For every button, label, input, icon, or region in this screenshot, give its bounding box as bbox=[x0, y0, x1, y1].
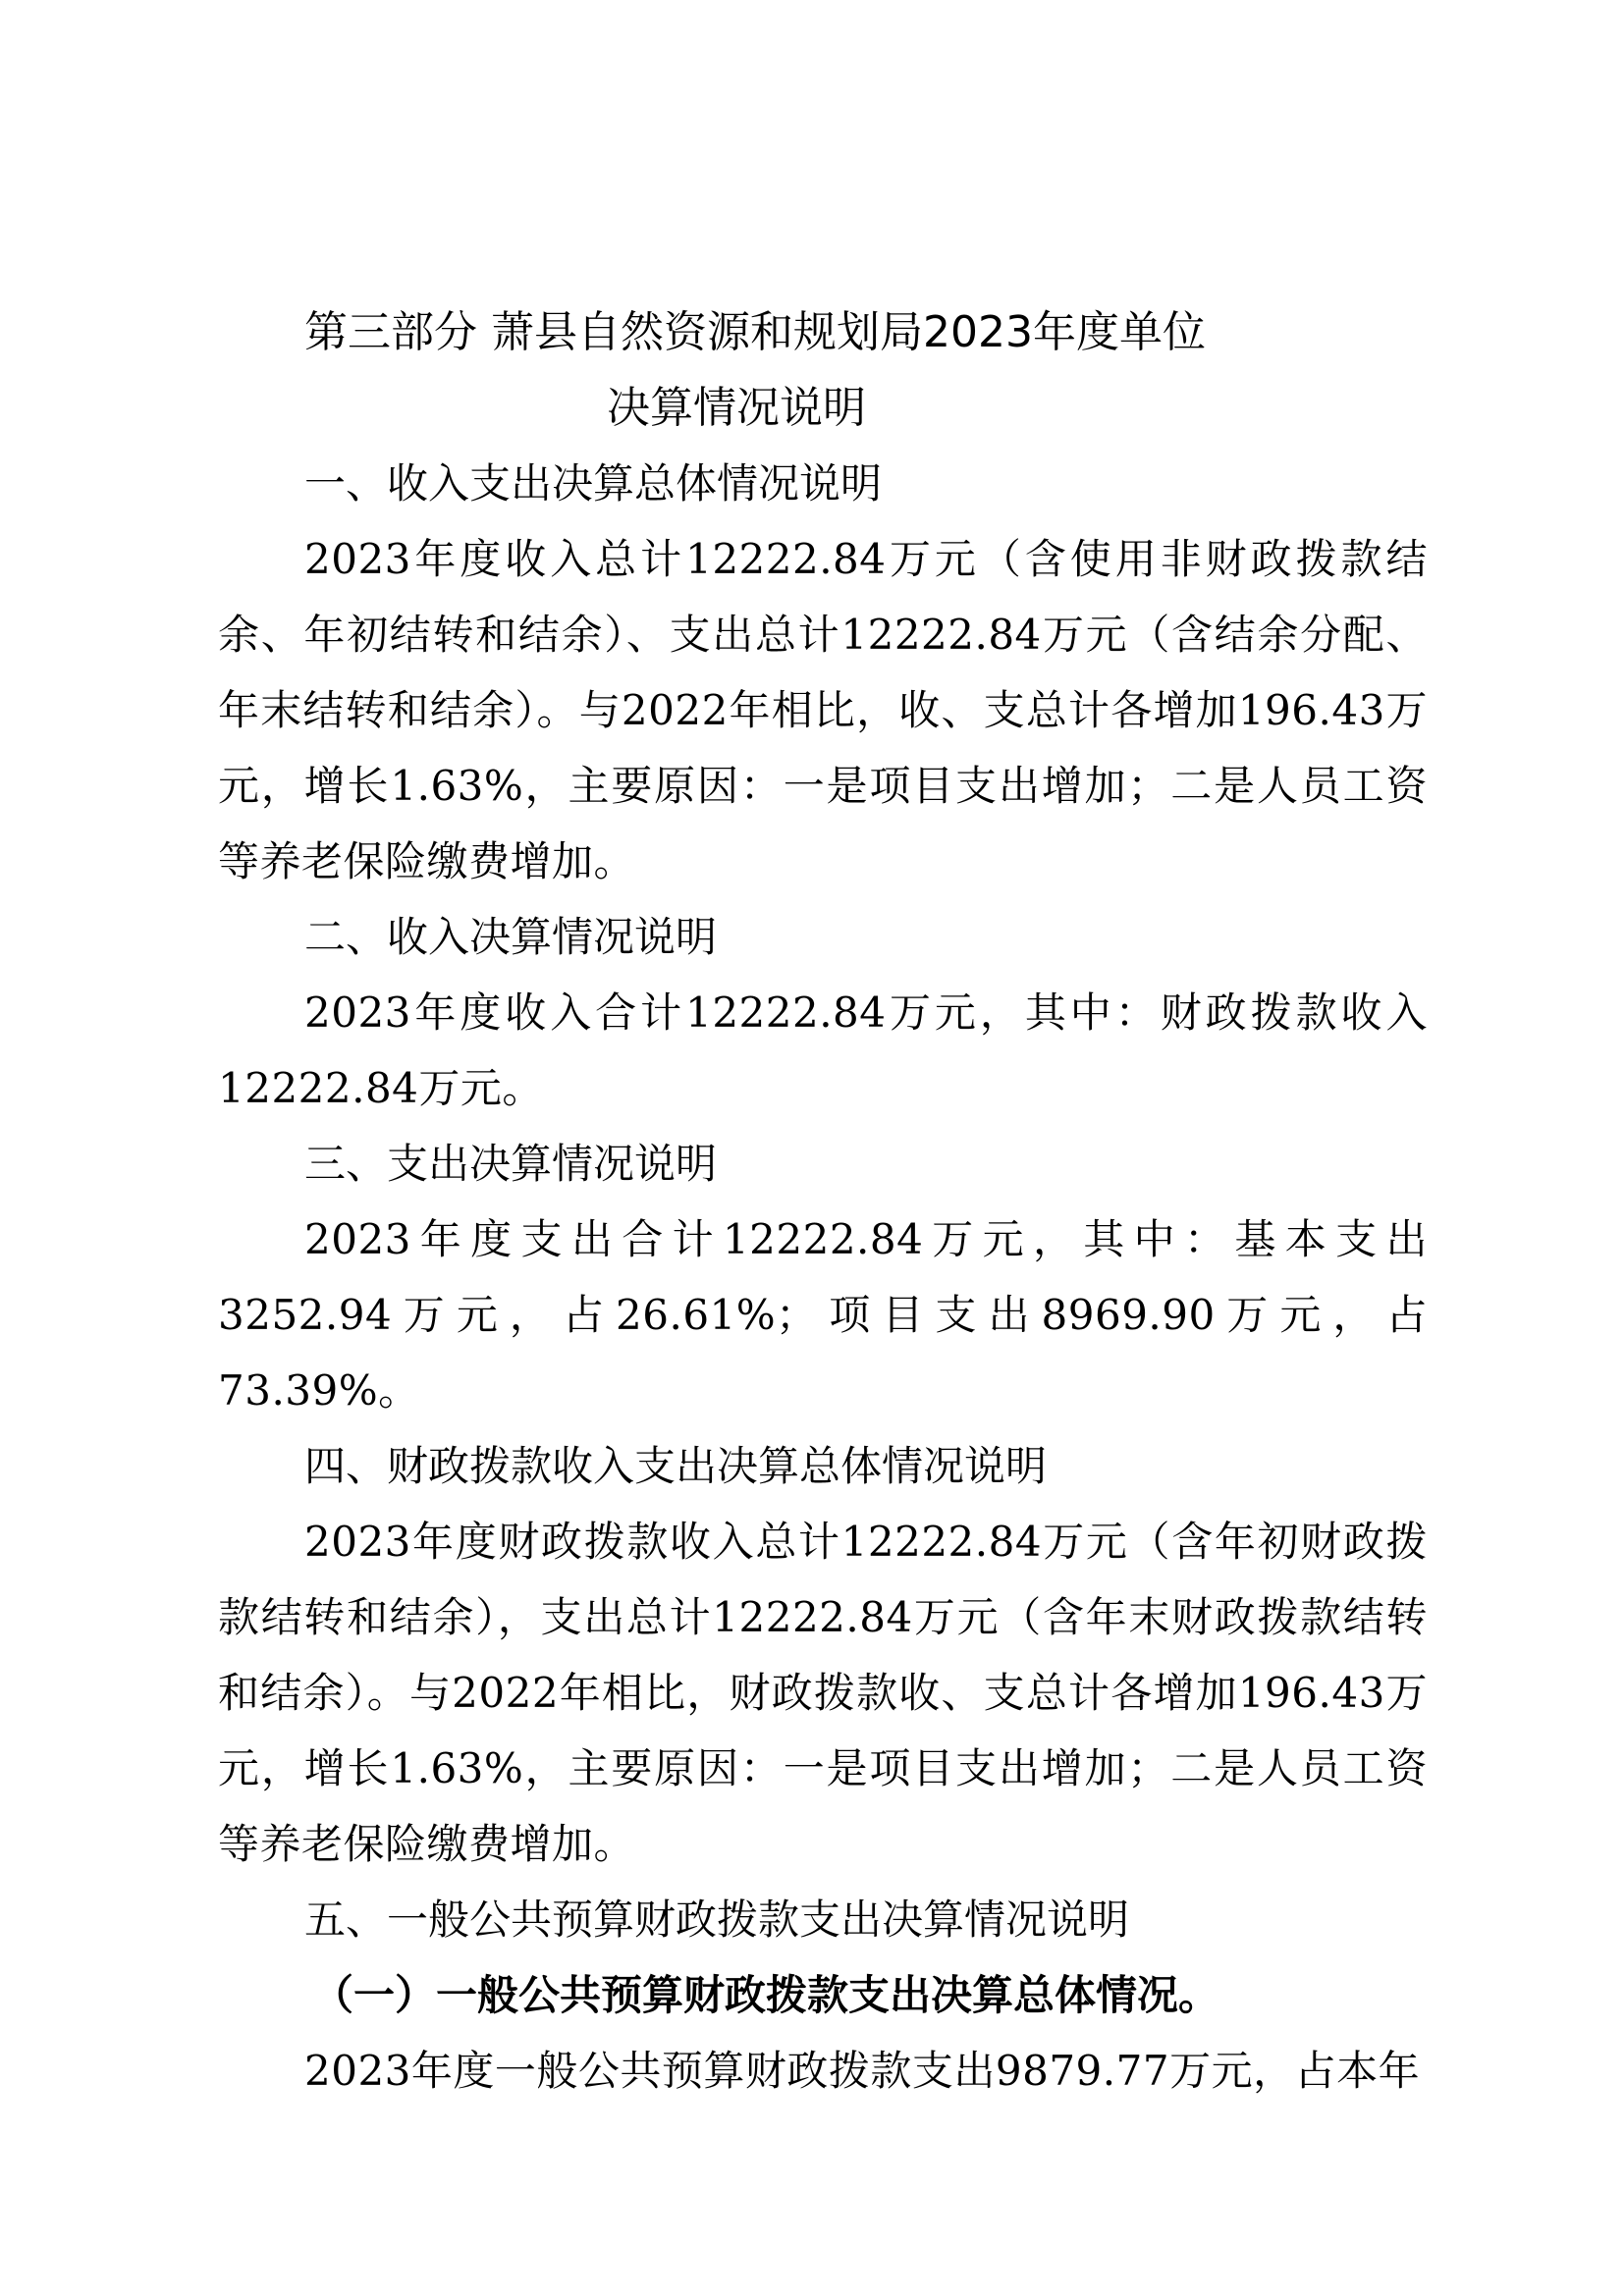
document-content: 第三部分 萧县自然资源和规划局2023年度单位 决算情况说明 一、收入支出决算总… bbox=[218, 294, 1428, 2109]
document-title-line-2: 决算情况说明 bbox=[218, 370, 1428, 446]
section-body-2: 2023年度收入合计12222.84万元，其中：财政拨款收入12222.84万元… bbox=[218, 975, 1428, 1126]
section-body-1: 2023年度收入总计12222.84万元（含使用非财政拨款结余、年初结转和结余）… bbox=[218, 521, 1428, 899]
section-heading-2: 二、收入决算情况说明 bbox=[218, 899, 1428, 975]
section-heading-3: 三、支出决算情况说明 bbox=[218, 1126, 1428, 1201]
section-heading-1: 一、收入支出决算总体情况说明 bbox=[218, 446, 1428, 521]
section-body-5: 2023年度一般公共预算财政拨款支出9879.77万元，占本年 bbox=[218, 2033, 1428, 2109]
section-heading-4: 四、财政拨款收入支出决算总体情况说明 bbox=[218, 1428, 1428, 1504]
section-subheading-5-1: （一）一般公共预算财政拨款支出决算总体情况。 bbox=[218, 1957, 1428, 2033]
section-heading-5: 五、一般公共预算财政拨款支出决算情况说明 bbox=[218, 1882, 1428, 1957]
document-title-line-1: 第三部分 萧县自然资源和规划局2023年度单位 bbox=[218, 294, 1428, 370]
document-page: 第三部分 萧县自然资源和规划局2023年度单位 决算情况说明 一、收入支出决算总… bbox=[0, 0, 1624, 2296]
section-body-4: 2023年度财政拨款收入总计12222.84万元（含年初财政拨款结转和结余），支… bbox=[218, 1504, 1428, 1882]
section-body-3: 2023年度支出合计12222.84万元，其中：基本支出3252.94万元，占2… bbox=[218, 1201, 1428, 1428]
